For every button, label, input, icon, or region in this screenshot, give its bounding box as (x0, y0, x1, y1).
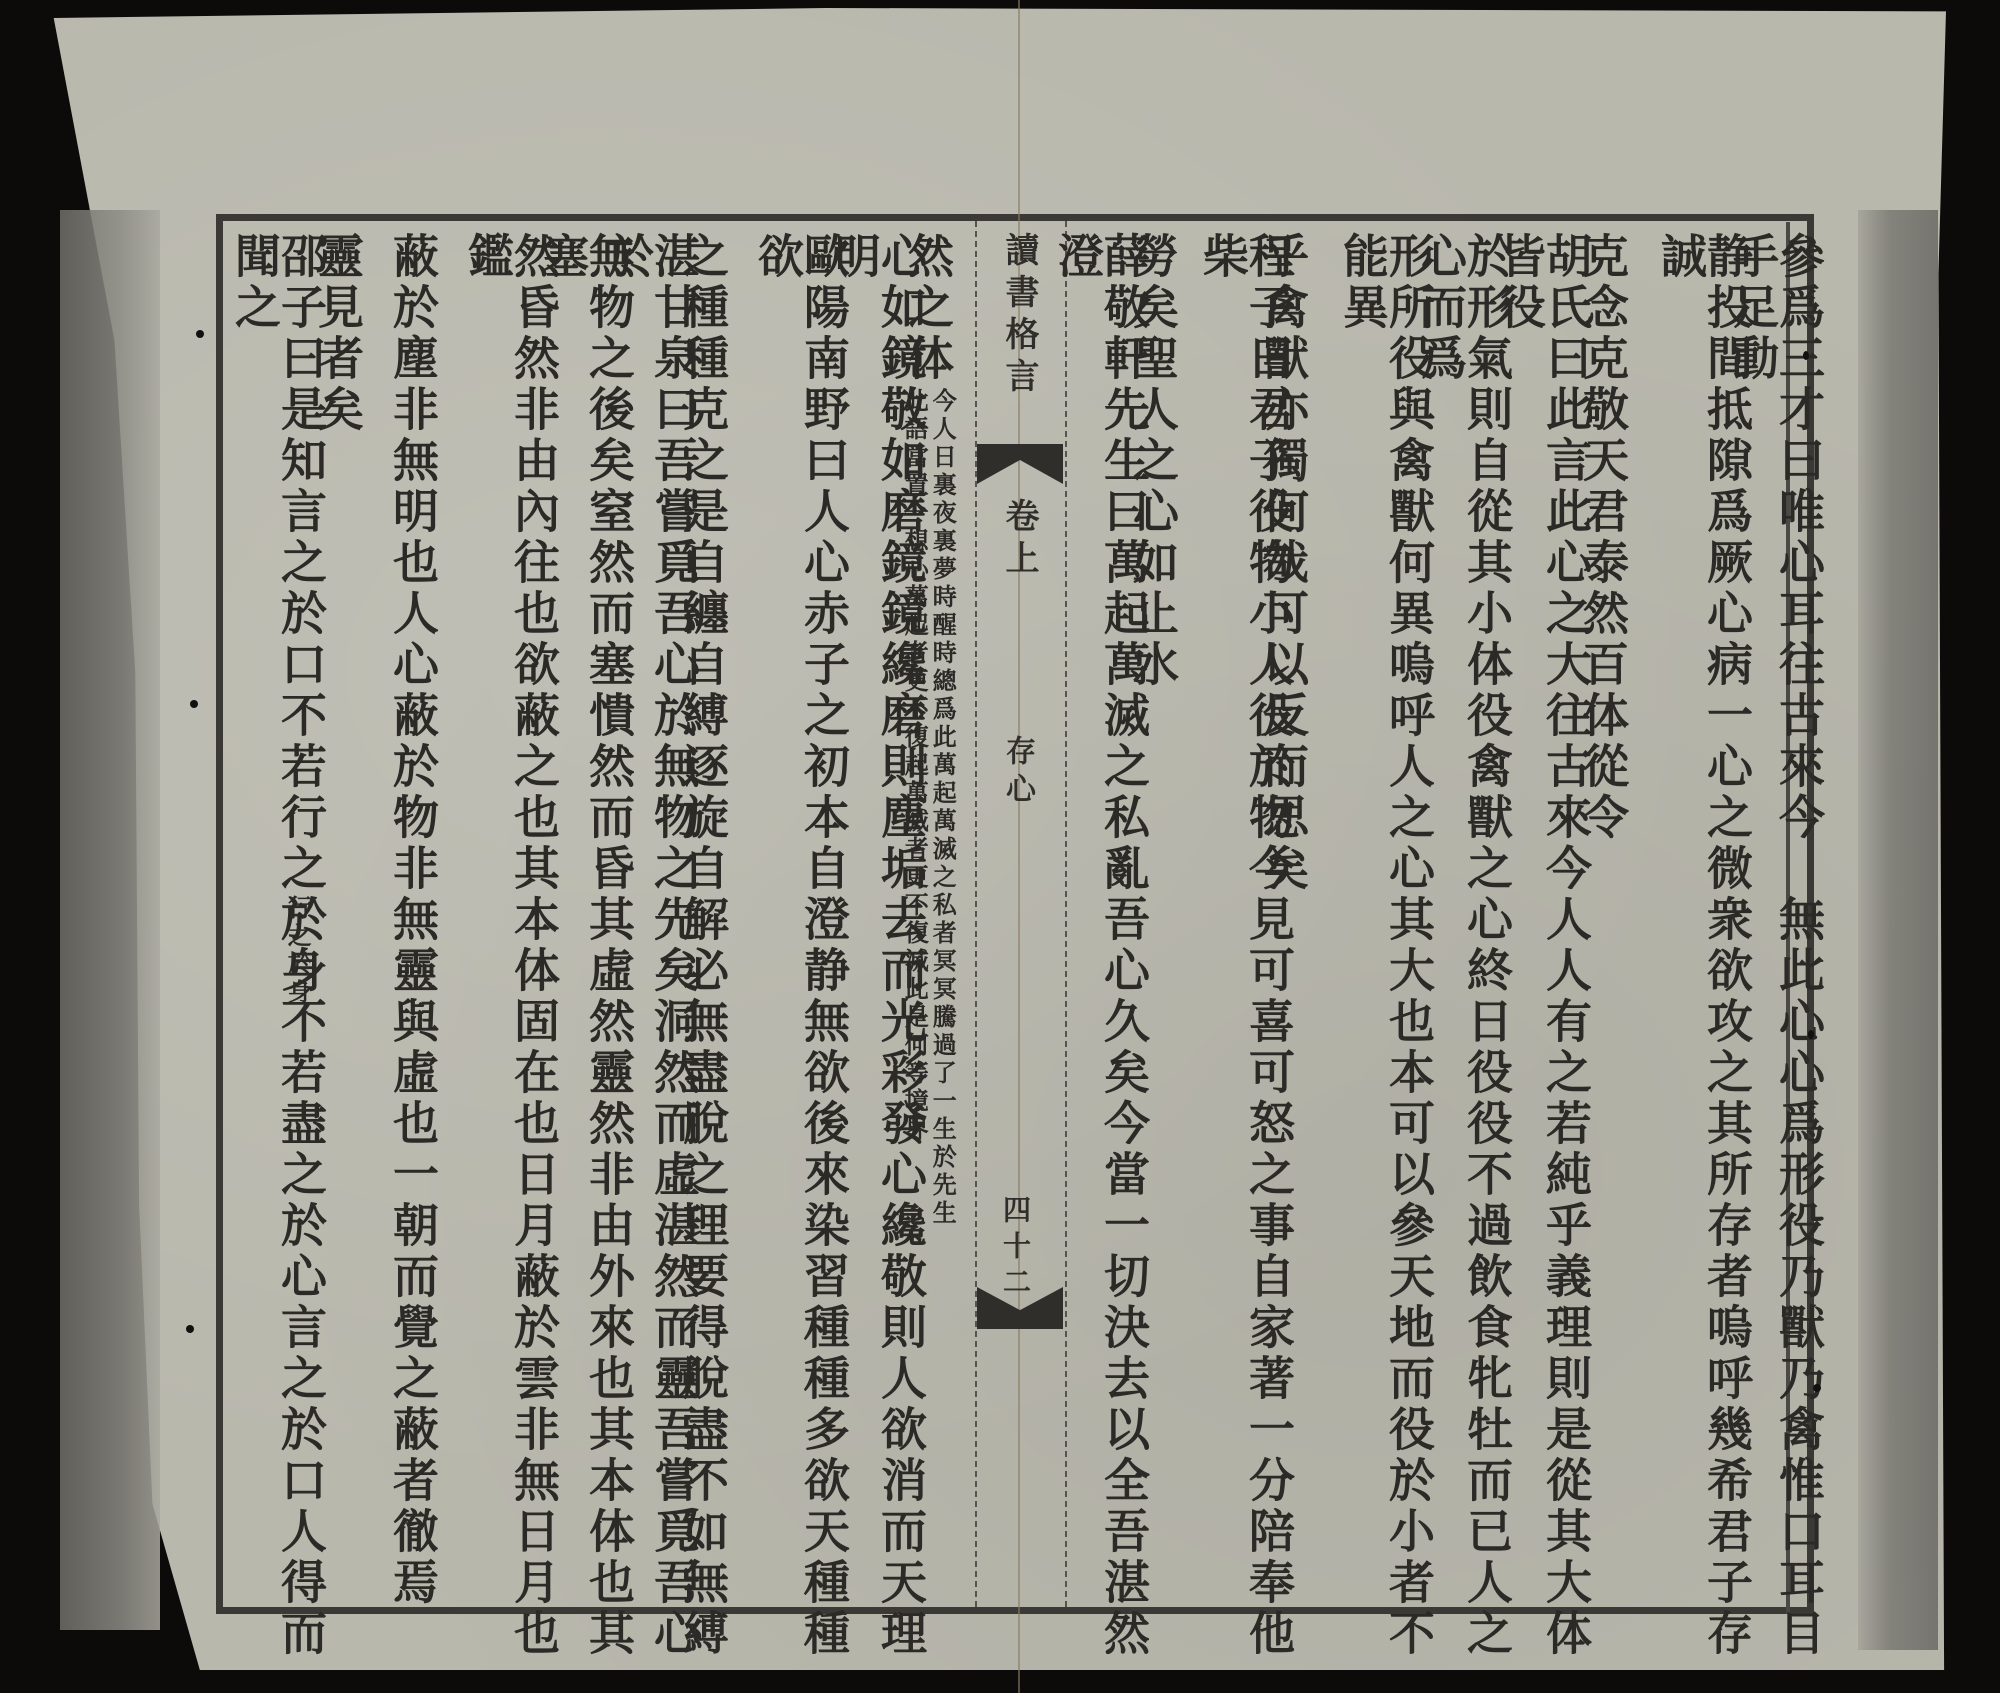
text-column: 静投間抵隙爲厥心病一心之微衆欲攻之其所存者嗚呼幾希君子存誠 (1658, 232, 1750, 1693)
right-margin-smudge (1858, 210, 1938, 1650)
text-column: 薛敬軒先生曰萬起萬滅之私亂吾心久矣今當一切決去以全吾湛然澄 (1055, 232, 1147, 1693)
left-margin-smudge (60, 210, 160, 1630)
annotation-column: 今人日裏夜裏夢時醒時總爲此萬起萬滅之私者冥冥騰過了一生於先生 (930, 388, 955, 1228)
binding-hole (186, 1325, 194, 1333)
fold-page-number: 四十二 (995, 1195, 1035, 1303)
text-column: 程子曰君子役物小人役於物今見可喜可怒之事自家著一分陪奉他柴 (1200, 232, 1292, 1693)
text-column: 然昏然非由內往也欲蔽之也其本体固在也日月蔽於雲非無日月也鑑 (465, 232, 557, 1693)
fold-book-title: 讀書格言 (995, 232, 1044, 400)
binding-hole (190, 700, 198, 708)
binding-hole (196, 330, 204, 338)
text-column: 形所役與禽獸何異嗚呼人之心其大也本可以參天地而役於小者不能異 (1340, 232, 1432, 1693)
text-column: 蔽於塵非無明也人心蔽於物非無靈與虛也一朝而覺之蔽者徹焉 (390, 232, 436, 1609)
text-column: 歐陽南野曰人心赤子之初本自澄静無欲後來染習種種多欲天種種欲 (755, 232, 847, 1693)
annotation-column: 行之於身 (285, 895, 310, 1007)
binding-hole (1803, 351, 1809, 360)
center-fold-panel (975, 221, 1067, 1607)
binding-hole (1808, 1030, 1814, 1039)
fold-section-label: 存心 (995, 735, 1039, 811)
binding-hole (1813, 1384, 1821, 1392)
fold-volume-label: 卷上 (995, 498, 1044, 582)
